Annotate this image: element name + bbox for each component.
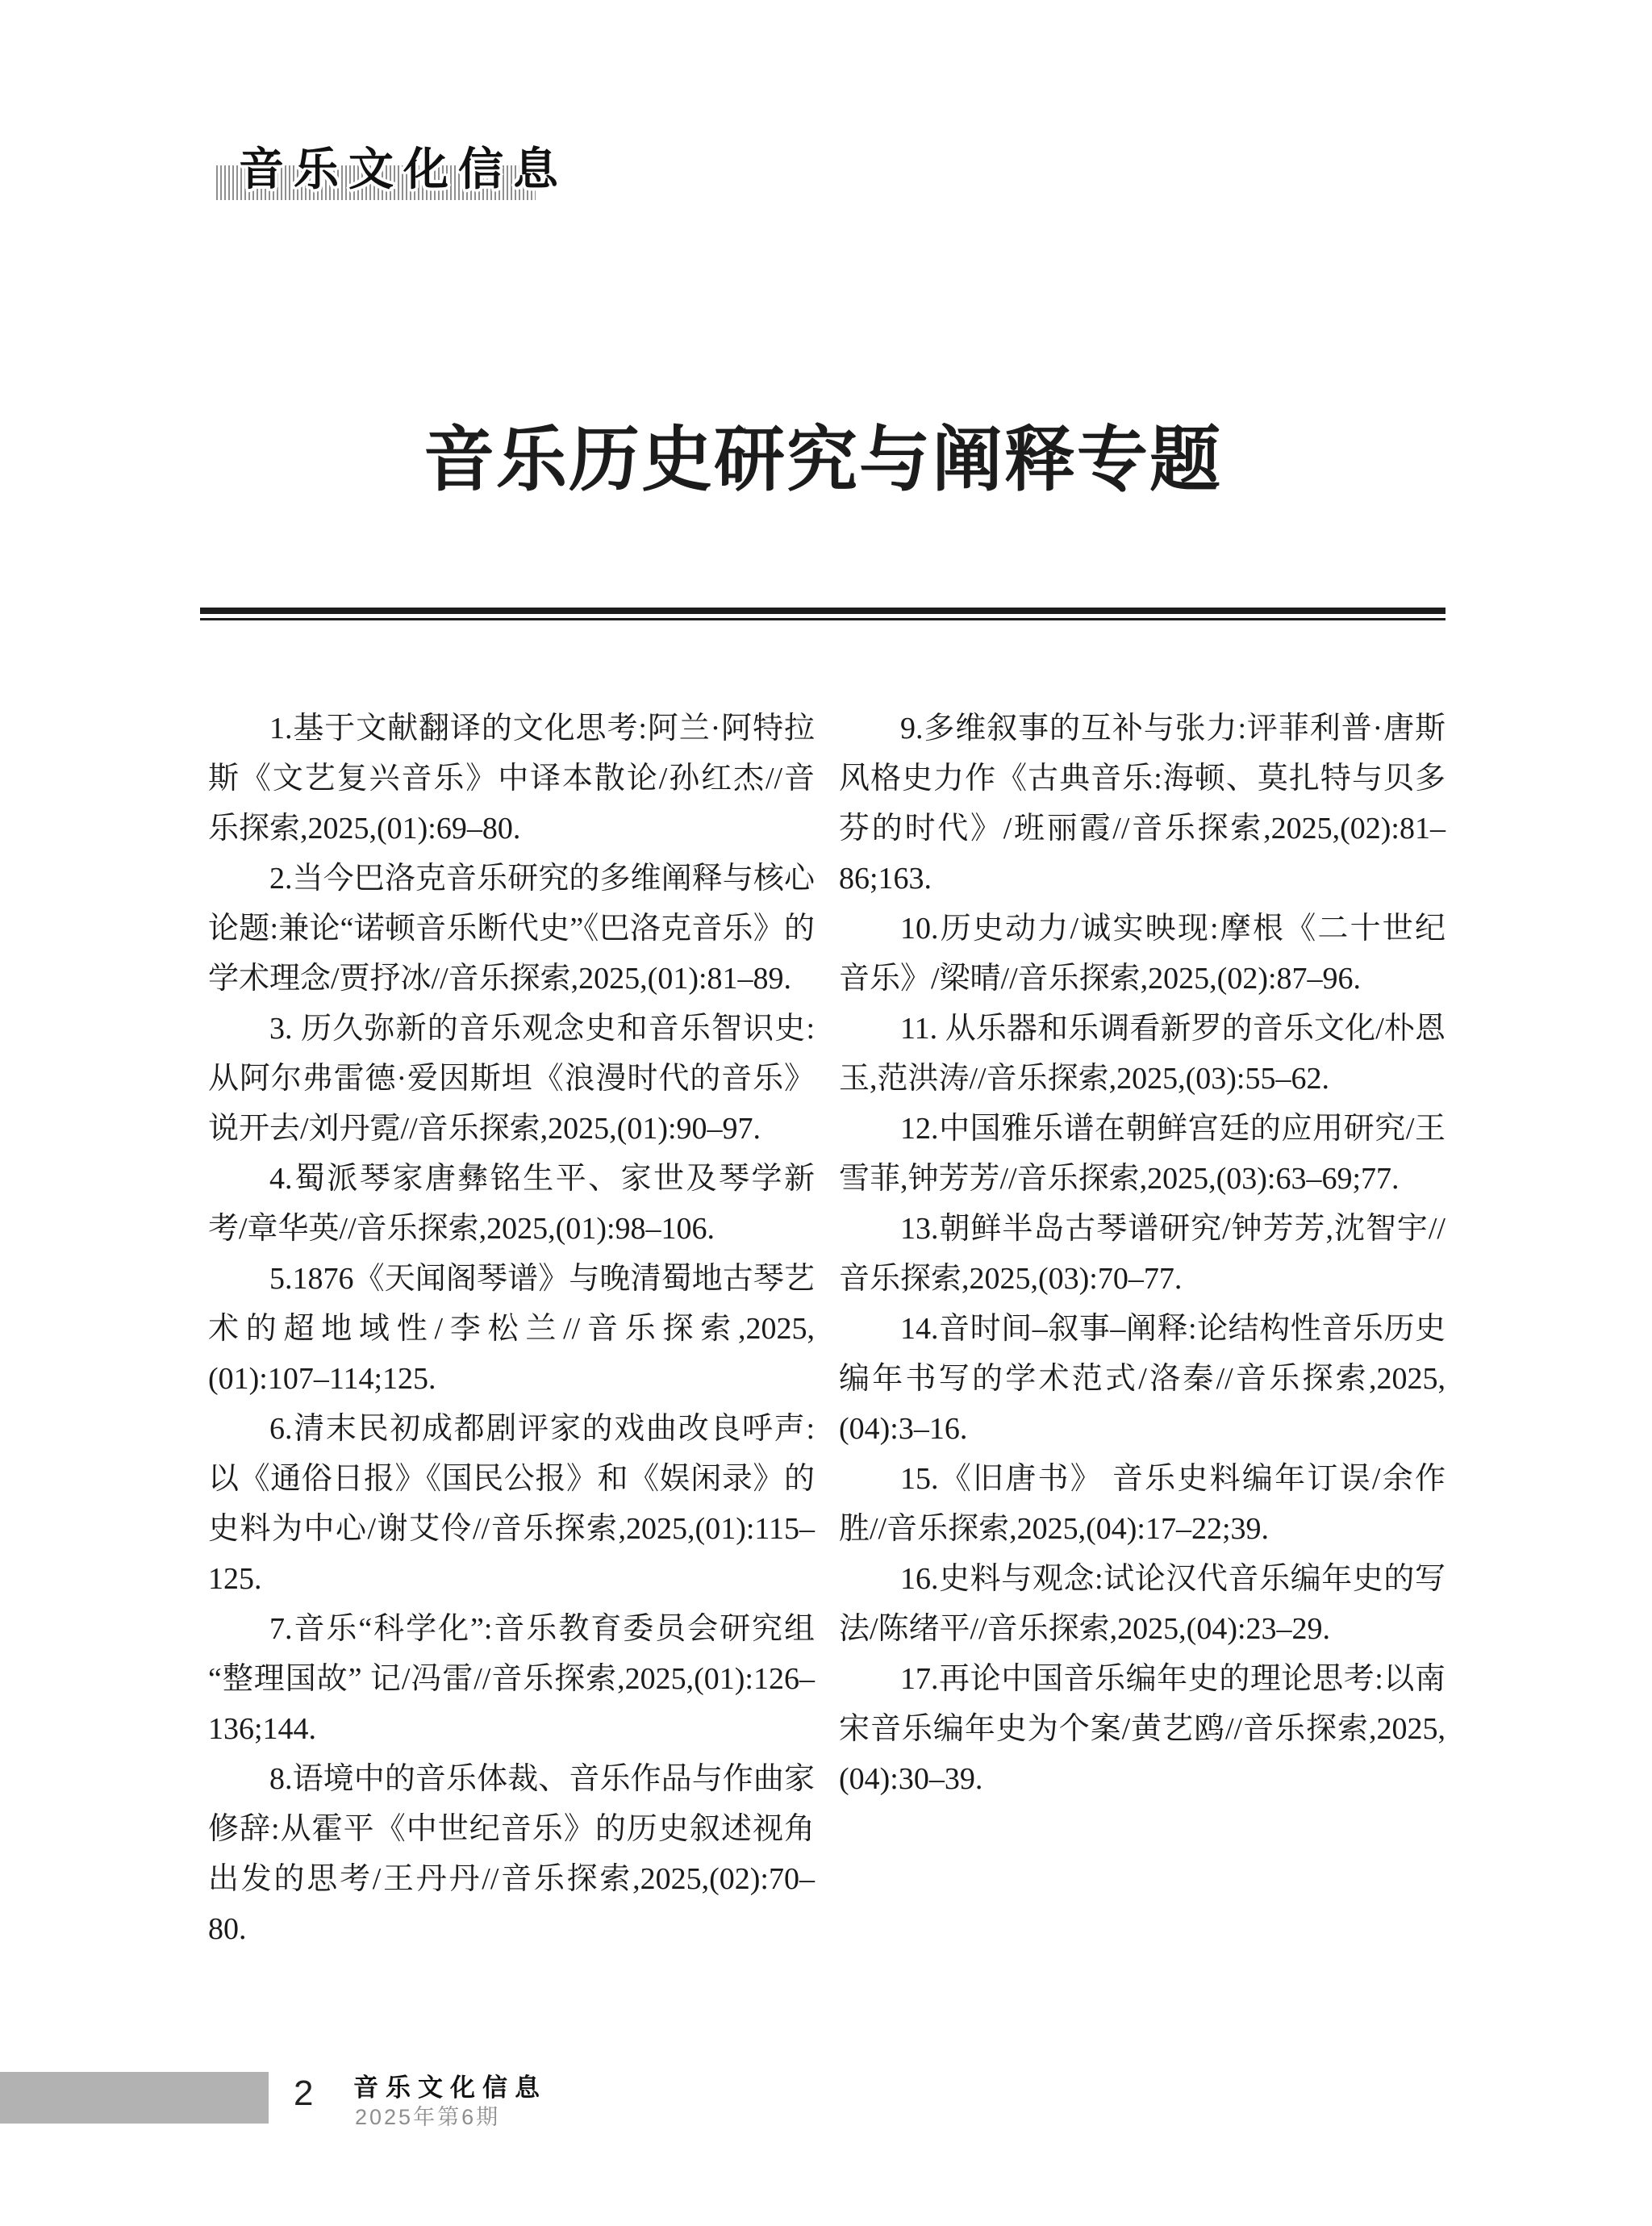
footer-issue: 2025年第6期 [355,2099,500,2131]
title-rule-thick [200,608,1445,614]
bibliography-entry: 4.蜀派琴家唐彝铭生平、家世及琴学新考/章华英//音乐探索,2025,(01):… [208,1154,815,1254]
bibliography-entry: 5.1876《天闻阁琴谱》与晚清蜀地古琴艺术的超地域性/李松兰//音乐探索,20… [208,1254,815,1404]
bibliography-right-column: 9.多维叙事的互补与张力:评菲利普·唐斯风格史力作《古典音乐:海顿、莫扎特与贝多… [839,704,1445,1954]
bibliography-entry: 2.当今巴洛克音乐研究的多维阐释与核心论题:兼论“诺顿音乐断代史”《巴洛克音乐》… [208,854,815,1004]
bibliography-entry: 9.多维叙事的互补与张力:评菲利普·唐斯风格史力作《古典音乐:海顿、莫扎特与贝多… [839,704,1445,904]
bibliography-entry: 12.中国雅乐谱在朝鲜宫廷的应用研究/王雪菲,钟芳芳//音乐探索,2025,(0… [839,1104,1445,1204]
footer-bar [0,2072,269,2124]
bibliography-entry: 6.清末民初成都剧评家的戏曲改良呼声:以《通俗日报》《国民公报》和《娱闲录》的史… [208,1404,815,1604]
title-rule-thin [200,618,1445,620]
bibliography-entry: 1.基于文献翻译的文化思考:阿兰·阿特拉斯《文艺复兴音乐》中译本散论/孙红杰//… [208,704,815,854]
bibliography-entry: 8.语境中的音乐体裁、音乐作品与作曲家修辞:从霍平《中世纪音乐》的历史叙述视角出… [208,1754,815,1954]
bibliography-entry: 14.音时间–叙事–阐释:论结构性音乐历史编年书写的学术范式/洛秦//音乐探索,… [839,1304,1445,1454]
bibliography: 1.基于文献翻译的文化思考:阿兰·阿特拉斯《文艺复兴音乐》中译本散论/孙红杰//… [208,704,1445,1954]
bibliography-entry: 7.音乐“科学化”:音乐教育委员会研究组“整理国故” 记/冯雷//音乐探索,20… [208,1604,815,1754]
page-number: 2 [294,2074,313,2114]
page-title: 音乐历史研究与阐释专题 [200,403,1445,505]
bibliography-entry: 17.再论中国音乐编年史的理论思考:以南宋音乐编年史为个案/黄艺鸥//音乐探索,… [839,1654,1445,1804]
footer-journal-name: 音乐文化信息 [353,2067,547,2103]
section-banner-title: 音乐文化信息 [239,134,568,198]
bibliography-entry: 13.朝鲜半岛古琴谱研究/钟芳芳,沈智宇//音乐探索,2025,(03):70–… [839,1204,1445,1304]
bibliography-entry: 3. 历久弥新的音乐观念史和音乐智识史:从阿尔弗雷德·爱因斯坦《浪漫时代的音乐》… [208,1004,815,1154]
bibliography-entry: 16.史料与观念:试论汉代音乐编年史的写法/陈绪平//音乐探索,2025,(04… [839,1554,1445,1654]
bibliography-left-column: 1.基于文献翻译的文化思考:阿兰·阿特拉斯《文艺复兴音乐》中译本散论/孙红杰//… [208,704,815,1954]
bibliography-entry: 15.《旧唐书》 音乐史料编年订误/余作胜//音乐探索,2025,(04):17… [839,1454,1445,1554]
journal-page: 音乐文化信息 音乐历史研究与阐释专题 1.基于文献翻译的文化思考:阿兰·阿特拉斯… [0,0,1652,2226]
bibliography-entry: 11. 从乐器和乐调看新罗的音乐文化/朴恩玉,范洪涛//音乐探索,2025,(0… [839,1004,1445,1104]
bibliography-entry: 10.历史动力/诚实映现:摩根《二十世纪音乐》/梁晴//音乐探索,2025,(0… [839,904,1445,1004]
